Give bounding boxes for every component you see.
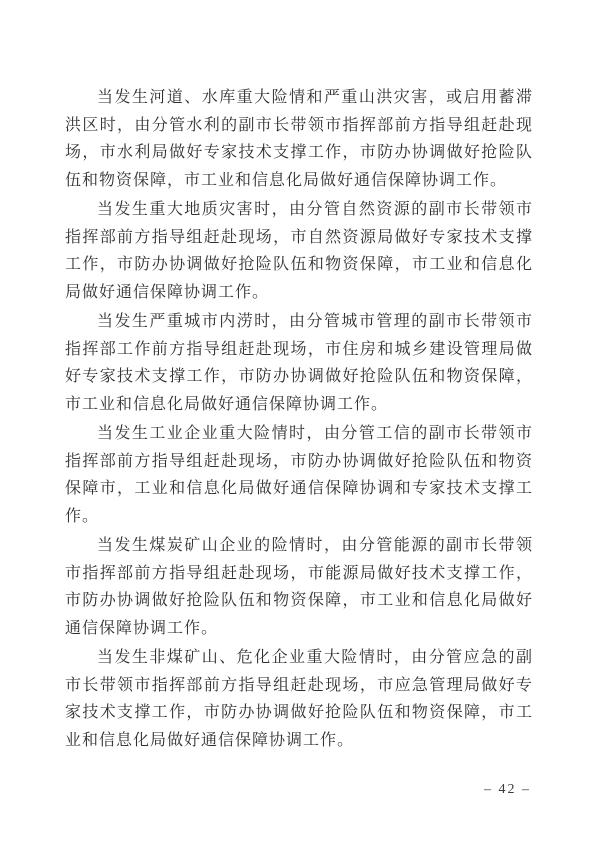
page-number: – 42 – (484, 782, 531, 798)
paragraph: 当发生煤炭矿山企业的险情时，由分管能源的副市长带领市指挥部前方指导组赶赴现场，市… (65, 532, 533, 642)
body-text: 当发生河道、水库重大险情和严重山洪灾害，或启用蓄滞洪区时，由分管水利的副市长带领… (65, 84, 533, 756)
document-page: 当发生河道、水库重大险情和严重山洪灾害，或启用蓄滞洪区时，由分管水利的副市长带领… (0, 0, 600, 847)
paragraph: 当发生重大地质灾害时，由分管自然资源的副市长带领市指挥部前方指导组赶赴现场，市自… (65, 196, 533, 306)
paragraph: 当发生严重城市内涝时，由分管城市管理的副市长带领市指挥部工作前方指导组赶赴现场，… (65, 308, 533, 418)
paragraph: 当发生河道、水库重大险情和严重山洪灾害，或启用蓄滞洪区时，由分管水利的副市长带领… (65, 84, 533, 194)
paragraph: 当发生非煤矿山、危化企业重大险情时，由分管应急的副市长带领市指挥部前方指导组赶赴… (65, 644, 533, 754)
paragraph: 当发生工业企业重大险情时，由分管工信的副市长带领市指挥部前方指导组赶赴现场，市防… (65, 420, 533, 530)
